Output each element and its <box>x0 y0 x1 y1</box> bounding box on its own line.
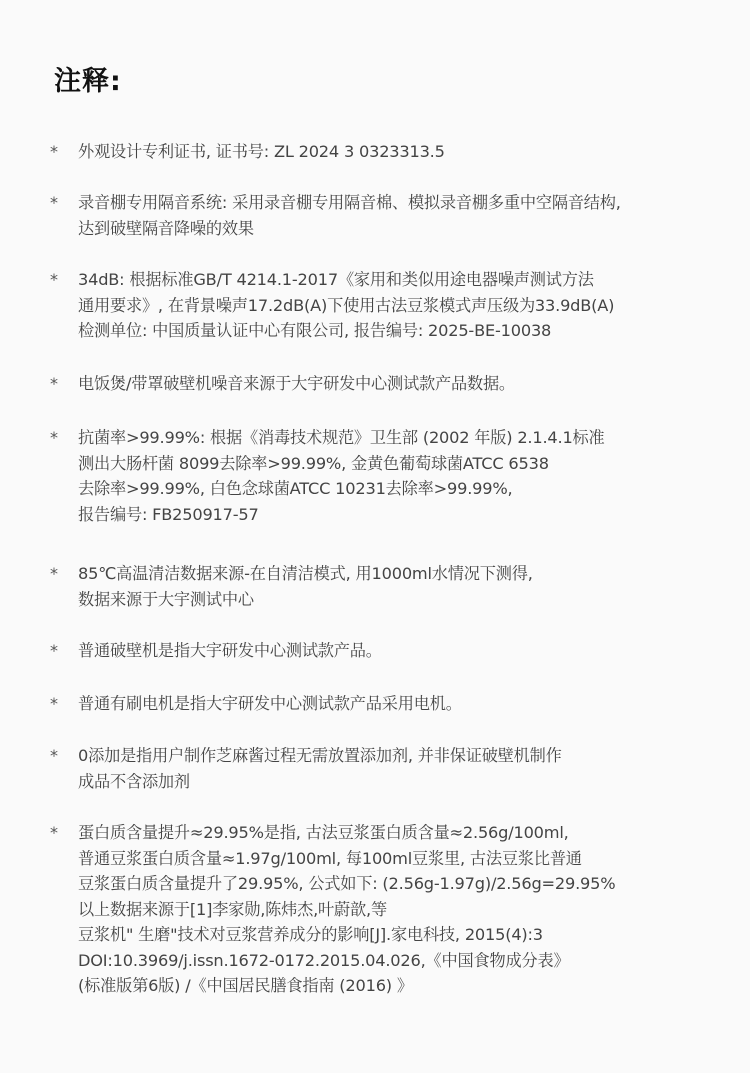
note-line: DOI:10.3969/j.issn.1672-0172.2015.04.026… <box>78 948 748 974</box>
note-line: 抗菌率>99.99%: 根据《消毒技术规范》卫生部 (2002 年版) 2.1.… <box>78 425 748 451</box>
bullet-marker: * <box>50 820 58 846</box>
page-title: 注释: <box>54 64 122 100</box>
note-line: 普通破壁机是指大宇研发中心测试款产品。 <box>78 638 748 664</box>
note-line: 报告编号: FB250917-57 <box>78 502 748 528</box>
note-line: 数据来源于大宇测试中心 <box>78 587 748 613</box>
note-line: 豆浆机" 生磨"技术对豆浆营养成分的影响[J].家电科技, 2015(4):3 <box>78 922 748 948</box>
note-line: 外观设计专利证书, 证书号: ZL 2024 3 0323313.5 <box>78 139 748 165</box>
note-line: 去除率>99.99%, 白色念球菌ATCC 10231去除率>99.99%, <box>78 476 748 502</box>
bullet-marker: * <box>50 743 58 769</box>
note-line: 34dB: 根据标准GB/T 4214.1-2017《家用和类似用途电器噪声测试… <box>78 267 748 293</box>
bullet-marker: * <box>50 139 58 165</box>
note-line: 蛋白质含量提升≈29.95%是指, 古法豆浆蛋白质含量≈2.56g/100ml, <box>78 820 748 846</box>
note-line: 以上数据来源于[1]李家勋,陈炜杰,叶蔚歆,等 <box>78 897 748 923</box>
bullet-marker: * <box>50 561 58 587</box>
note-line: 电饭煲/带罩破壁机噪音来源于大宇研发中心测试款产品数据。 <box>78 371 748 397</box>
bullet-marker: * <box>50 691 58 717</box>
note-line: (标准版第6版) /《中国居民膳食指南 (2016) 》 <box>78 973 748 999</box>
note-line: 85℃高温清洁数据来源-在自清洁模式, 用1000ml水情况下测得, <box>78 561 748 587</box>
notes-page: 注释: * 外观设计专利证书, 证书号: ZL 2024 3 0323313.5… <box>0 0 750 1073</box>
note-line: 达到破壁隔音降噪的效果 <box>78 216 748 242</box>
bullet-marker: * <box>50 638 58 664</box>
note-line: 豆浆蛋白质含量提升了29.95%, 公式如下: (2.56g-1.97g)/2.… <box>78 871 748 897</box>
note-line: 普通豆浆蛋白质含量≈1.97g/100ml, 每100ml豆浆里, 古法豆浆比普… <box>78 846 748 872</box>
bullet-marker: * <box>50 190 58 216</box>
note-line: 普通有刷电机是指大宇研发中心测试款产品采用电机。 <box>78 691 748 717</box>
note-line: 检测单位: 中国质量认证中心有限公司, 报告编号: 2025-BE-10038 <box>78 318 748 344</box>
note-line: 测出大肠杆菌 8099去除率>99.99%, 金黄色葡萄球菌ATCC 6538 <box>78 451 748 477</box>
bullet-marker: * <box>50 371 58 397</box>
note-line: 通用要求》, 在背景噪声17.2dB(A)下使用古法豆浆模式声压级为33.9dB… <box>78 293 748 319</box>
bullet-marker: * <box>50 267 58 293</box>
note-line: 0添加是指用户制作芝麻酱过程无需放置添加剂, 并非保证破壁机制作 <box>78 743 748 769</box>
note-line: 成品不含添加剂 <box>78 769 748 795</box>
note-line: 录音棚专用隔音系统: 采用录音棚专用隔音棉、模拟录音棚多重中空隔音结构, <box>78 190 748 216</box>
bullet-marker: * <box>50 425 58 451</box>
